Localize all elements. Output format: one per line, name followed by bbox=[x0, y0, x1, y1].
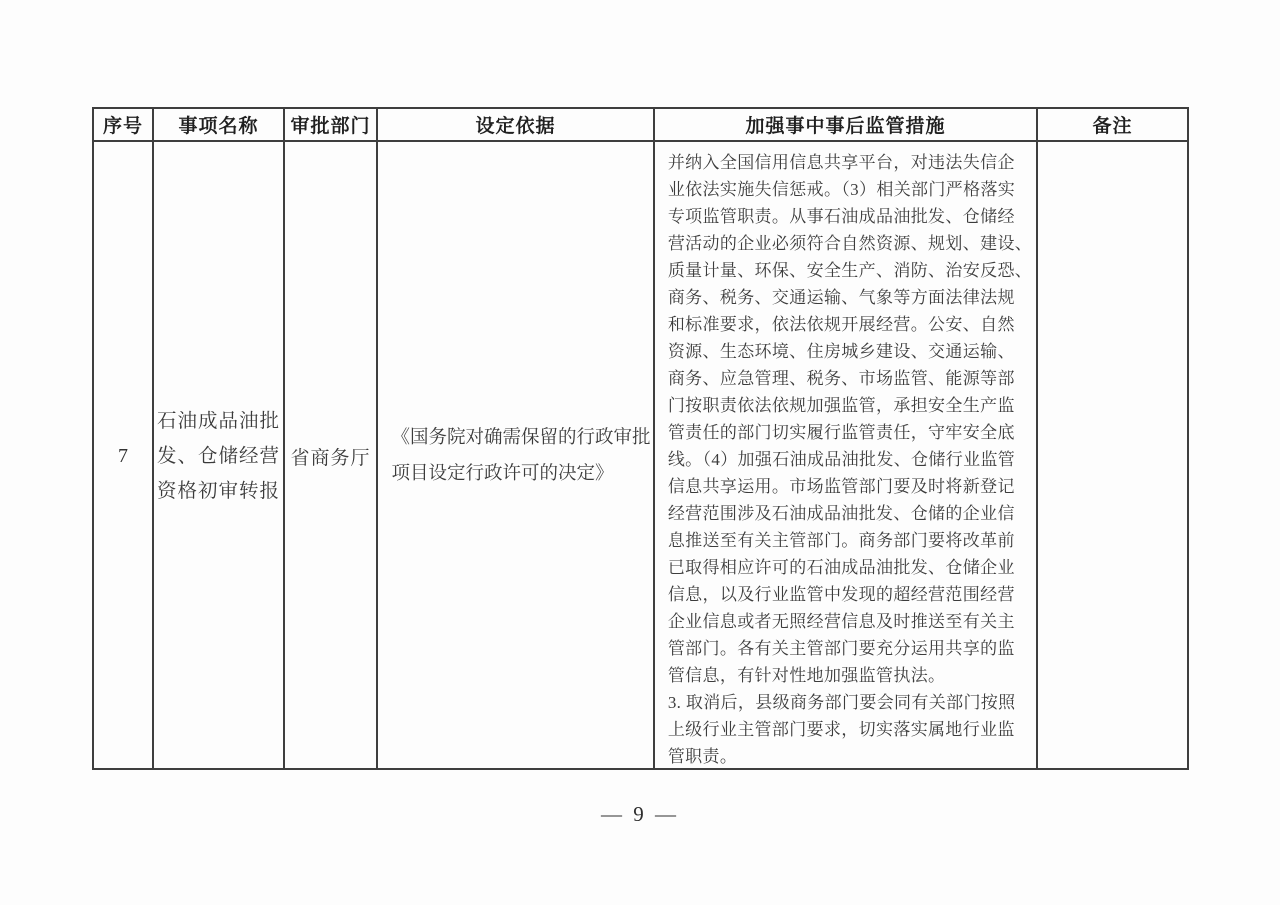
basis-text: 《国务院对确需保留的行政审批 项目设定行政许可的决定》 bbox=[380, 420, 650, 492]
col-header-remark: 备注 bbox=[1038, 109, 1187, 142]
measures-text: 并纳入全国信用信息共享平台，对违法失信企 业依法实施失信惩戒。（3）相关部门严格… bbox=[659, 142, 1032, 770]
cell-measures: 并纳入全国信用信息共享平台，对违法失信企 业依法实施失信惩戒。（3）相关部门严格… bbox=[655, 142, 1038, 770]
col-header-seq: 序号 bbox=[94, 109, 154, 142]
regulation-table: 序号 事项名称 审批部门 设定依据 加强事中事后监管措施 备注 7 石油成品油批… bbox=[92, 107, 1189, 770]
document-page: 序号 事项名称 审批部门 设定依据 加强事中事后监管措施 备注 7 石油成品油批… bbox=[0, 0, 1280, 905]
col-header-measures: 加强事中事后监管措施 bbox=[655, 109, 1038, 142]
cell-item-name: 石油成品油批 发、仓储经营 资格初审转报 bbox=[154, 142, 285, 770]
item-name-text: 石油成品油批 发、仓储经营 资格初审转报 bbox=[157, 404, 280, 509]
page-number: — 9 — bbox=[0, 802, 1280, 827]
seq-number: 7 bbox=[118, 445, 128, 468]
cell-basis: 《国务院对确需保留的行政审批 项目设定行政许可的决定》 bbox=[378, 142, 655, 770]
cell-department: 省商务厅 bbox=[285, 142, 378, 770]
department-text: 省商务厅 bbox=[290, 443, 370, 470]
cell-seq: 7 bbox=[94, 142, 154, 770]
col-header-department: 审批部门 bbox=[285, 109, 378, 142]
cell-remark bbox=[1038, 142, 1187, 770]
col-header-basis: 设定依据 bbox=[378, 109, 655, 142]
col-header-item-name: 事项名称 bbox=[154, 109, 285, 142]
